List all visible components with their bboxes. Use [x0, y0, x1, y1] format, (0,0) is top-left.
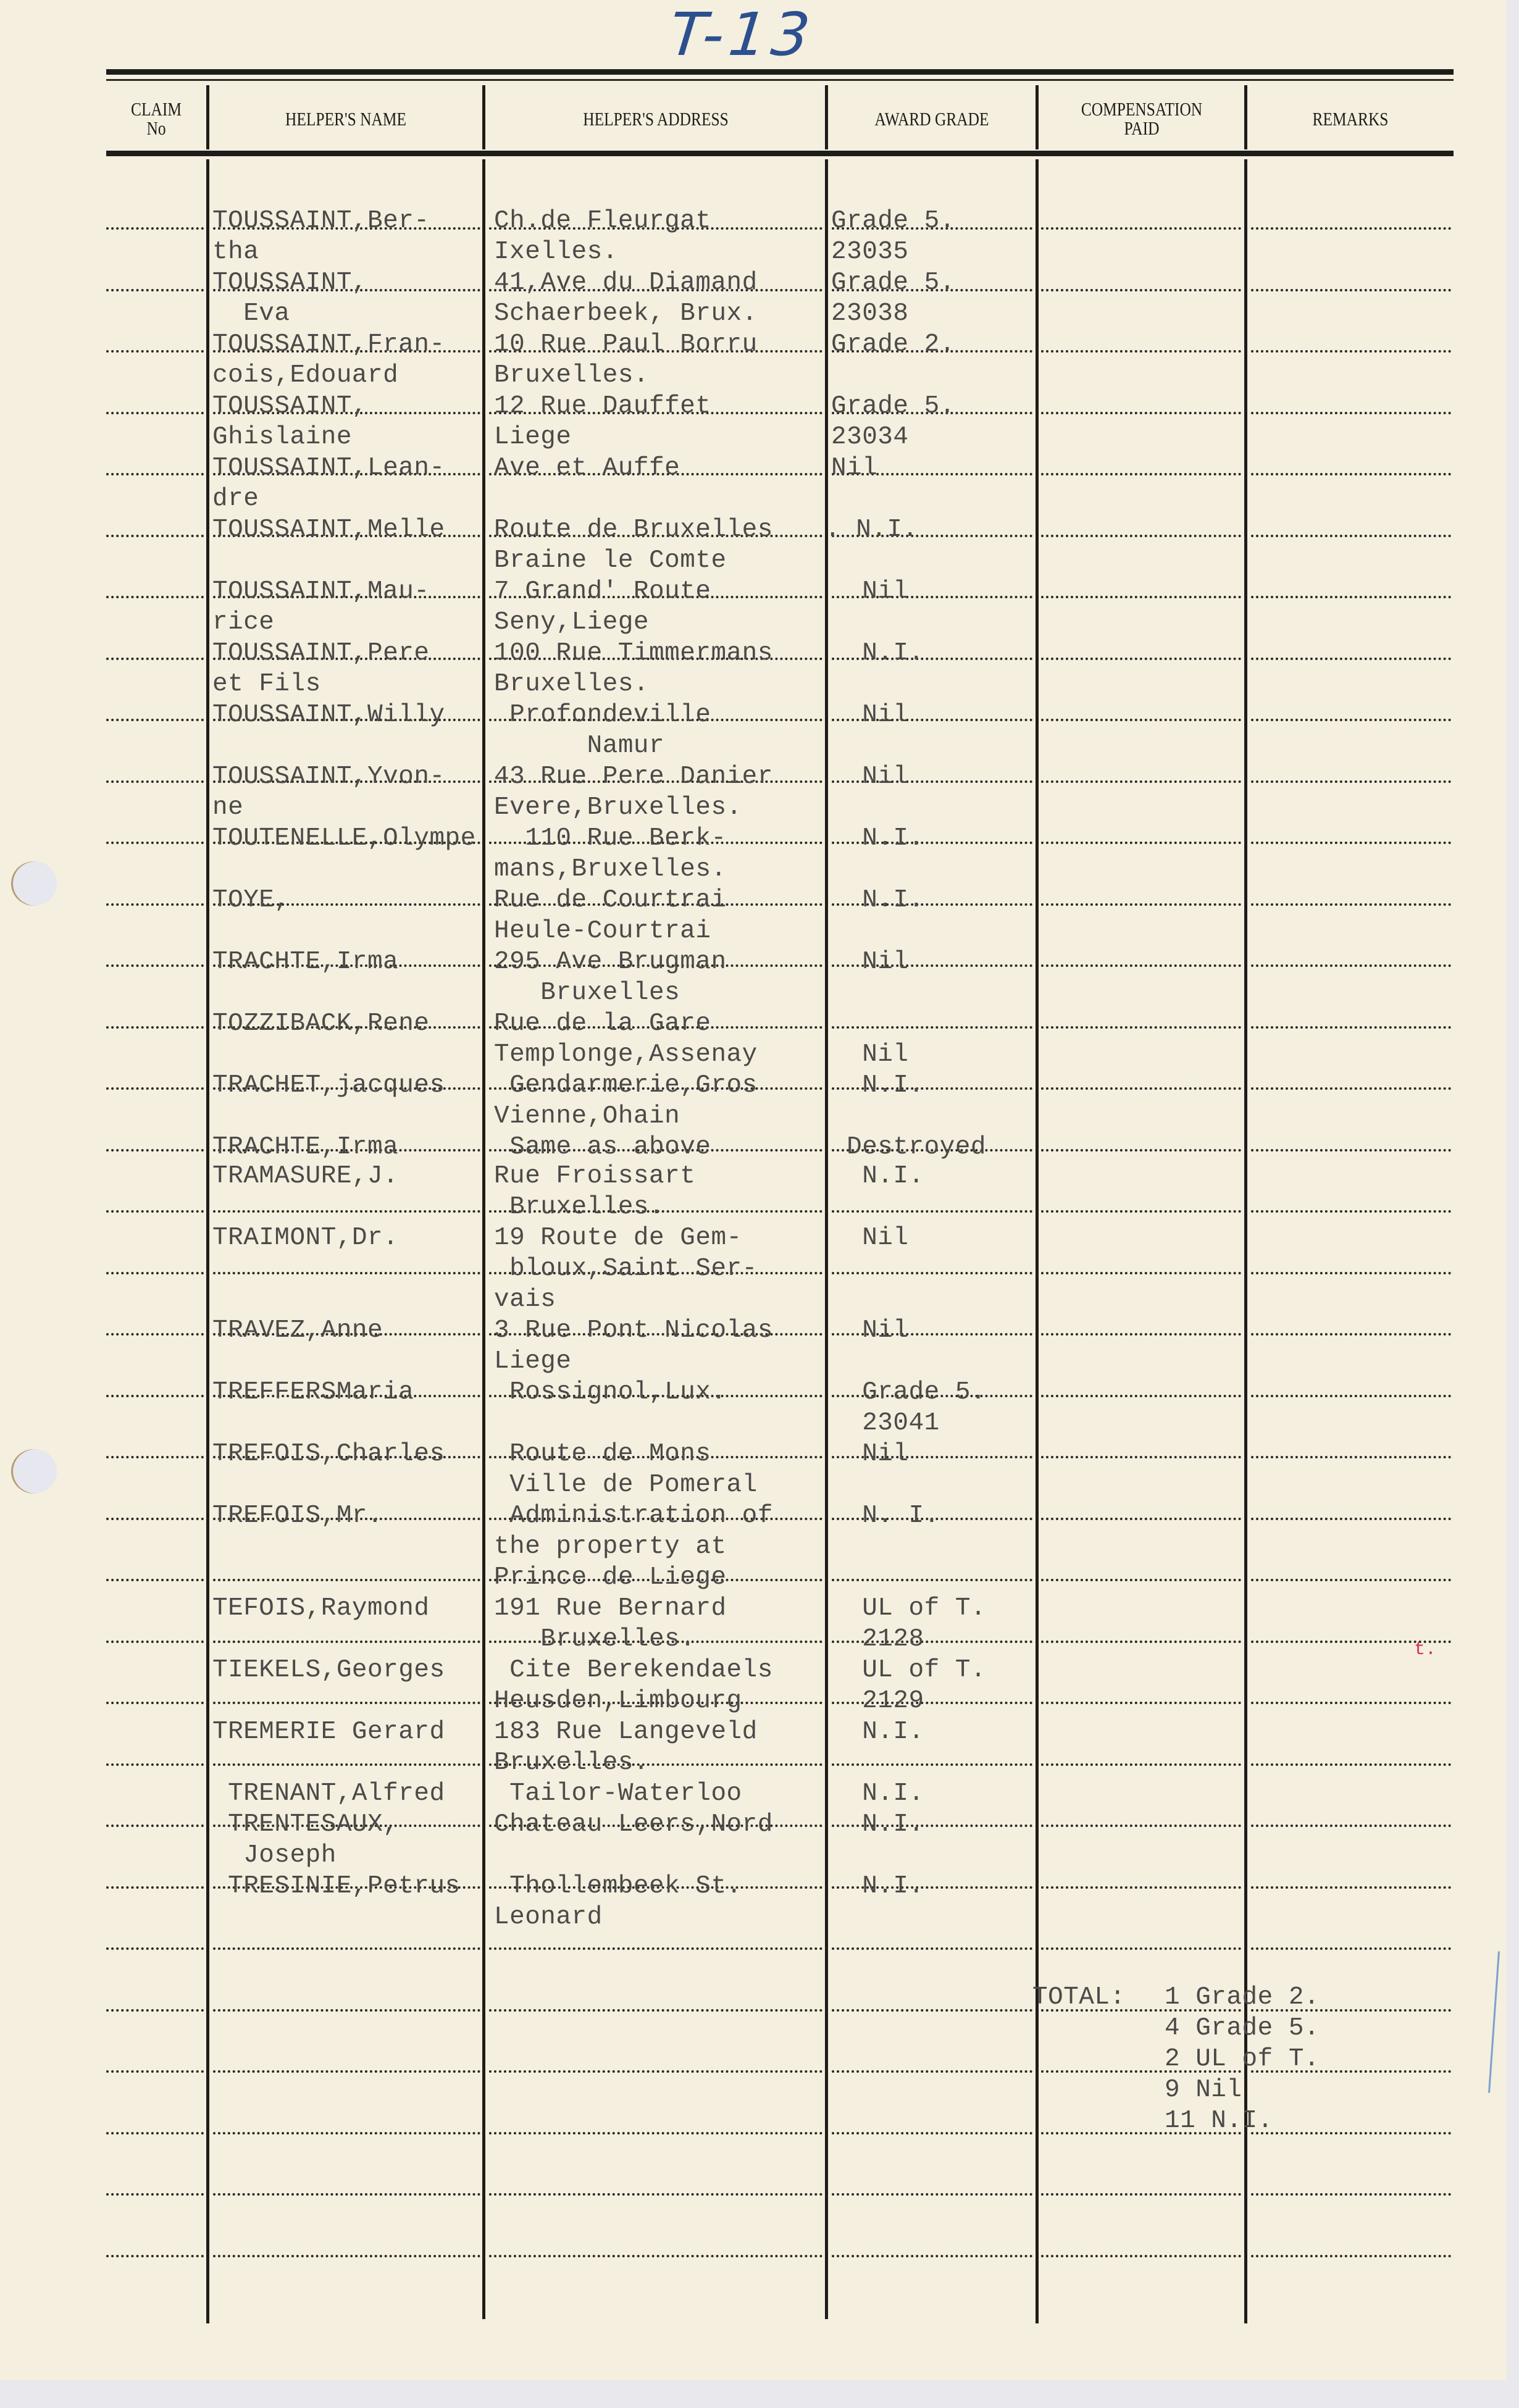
dotted-row-line — [1041, 1395, 1241, 1397]
helper-address: 110 Rue Berk- mans,Bruxelles. — [494, 823, 727, 885]
dotted-row-line — [106, 1456, 204, 1458]
form-sheet: T-13 CLAIMNo HELPER'S NAME HELPER'S ADDR… — [0, 0, 1507, 2380]
helper-name: TOYE, — [212, 885, 290, 916]
helper-name: TREFOIS,Charles — [212, 1439, 445, 1469]
header-thin-rule — [106, 79, 1454, 81]
helper-name: TRACHTE,Irma — [212, 947, 398, 977]
helper-address: Tailor-Waterloo — [494, 1778, 742, 1809]
dotted-row-line — [1251, 1763, 1451, 1766]
helper-name: TREFOIS,Mr. — [212, 1500, 383, 1531]
award-grade: Destroyed — [831, 1132, 986, 1163]
column-divider — [482, 159, 485, 2319]
helper-name: TOUSSAINT,Ber- tha — [212, 206, 429, 267]
punch-hole — [11, 861, 57, 906]
dotted-row-line — [1251, 1272, 1451, 1274]
dotted-row-line — [1251, 1395, 1451, 1397]
dotted-row-line — [106, 1518, 204, 1520]
helper-name: TOUTENELLE,Olympe — [212, 823, 476, 854]
helper-name: TRESINIE,Petrus — [212, 1871, 461, 1902]
helper-address: 10 Rue Paul Borru Bruxelles. — [494, 329, 758, 391]
helper-name: TIEKELS,Georges — [212, 1655, 445, 1686]
helper-address: Administration of the property at Prince… — [494, 1500, 773, 1593]
column-divider — [825, 85, 828, 149]
dotted-row-line — [106, 596, 204, 598]
award-grade: Grade 5. 23041 — [831, 1377, 986, 1439]
header-claim-no: CLAIMNo — [115, 86, 198, 151]
dotted-row-line — [489, 2009, 822, 2012]
helper-name: TOUSSAINT,Pere et Fils — [212, 638, 429, 700]
dotted-row-line — [106, 1579, 204, 1581]
dotted-row-line — [213, 2070, 480, 2073]
dotted-row-line — [489, 2070, 822, 2073]
award-grade: Nil — [831, 1439, 909, 1469]
award-grade: N.I. — [831, 638, 924, 669]
dotted-row-line — [106, 2255, 204, 2257]
dotted-row-line — [1251, 596, 1451, 598]
dotted-row-line — [106, 412, 204, 414]
helper-name: TRENTESAUX, Joseph — [212, 1809, 398, 1871]
column-divider — [1036, 85, 1039, 149]
dotted-row-line — [832, 1947, 1032, 1950]
helper-address: Rue Froissart Bruxelles. — [494, 1161, 695, 1223]
handwritten-title: T-13 — [666, 0, 818, 69]
dotted-row-line — [106, 1272, 204, 1274]
header-award-grade: AWARD GRADE — [847, 86, 1016, 151]
dotted-row-line — [213, 2193, 480, 2196]
column-divider — [206, 159, 209, 2323]
dotted-row-line — [1041, 289, 1241, 291]
dotted-row-line — [489, 2255, 822, 2257]
dotted-row-line — [1251, 1333, 1451, 1336]
award-grade: N.I. — [831, 1070, 924, 1101]
dotted-row-line — [489, 2193, 822, 2196]
dotted-row-line — [106, 1210, 204, 1213]
helper-name: TOUSSAINT,Willy — [212, 700, 445, 730]
helper-name: TRACHET,jacques — [212, 1070, 445, 1101]
dotted-row-line — [1041, 719, 1241, 721]
dotted-row-line — [106, 2132, 204, 2134]
dotted-row-line — [106, 842, 204, 844]
helper-address: Gendarmerie,Gros Vienne,Ohain — [494, 1070, 758, 1132]
dotted-row-line — [489, 2132, 822, 2134]
header-helpers-address: HELPER'S ADDRESS — [517, 86, 794, 151]
dotted-row-line — [106, 780, 204, 783]
dotted-row-line — [1251, 535, 1451, 537]
dotted-row-line — [832, 2132, 1032, 2134]
dotted-row-line — [1041, 1518, 1241, 1520]
helper-address: Chateau Leers,Nord — [494, 1809, 773, 1840]
dotted-row-line — [213, 2132, 480, 2134]
dotted-row-line — [106, 1149, 204, 1152]
helper-name: TEFOIS,Raymond — [212, 1593, 429, 1624]
helper-name: TOUSSAINT,Yvon- ne — [212, 761, 445, 823]
dotted-row-line — [1041, 350, 1241, 353]
helper-name: TREFFERSMaria — [212, 1377, 414, 1408]
award-grade: N.I. — [831, 1809, 924, 1840]
dotted-row-line — [1041, 1947, 1241, 1950]
helper-address: 295 Ave Brugman Bruxelles — [494, 947, 727, 1008]
award-grade: Nil — [831, 947, 909, 977]
award-grade: Nil — [831, 453, 877, 483]
dotted-row-line — [106, 1026, 204, 1029]
helper-address: Cite Berekendaels Heusden,Limbourg — [494, 1655, 773, 1716]
helper-address: Rossignol,Lux. — [494, 1377, 727, 1408]
helper-name: TRACHTE,Irma — [212, 1132, 398, 1163]
dotted-row-line — [1251, 412, 1451, 414]
dotted-row-line — [1041, 1579, 1241, 1581]
award-grade: Nil — [831, 1008, 909, 1070]
dotted-row-line — [1041, 412, 1241, 414]
header-bottom-rule — [106, 151, 1454, 156]
red-ink-mark: t. — [1414, 1639, 1436, 1660]
award-grade: Grade 2. — [831, 329, 955, 360]
dotted-row-line — [1041, 473, 1241, 475]
dotted-row-line — [1251, 2193, 1451, 2196]
helper-address: 7 Grand' Route Seny,Liege — [494, 576, 711, 638]
dotted-row-line — [106, 658, 204, 660]
helper-address: Same as above — [494, 1132, 711, 1163]
dotted-row-line — [106, 1395, 204, 1397]
award-grade: UL of T. 2128 — [831, 1593, 986, 1655]
dotted-row-line — [106, 1886, 204, 1889]
helper-address: Profondeville Namur — [494, 700, 711, 761]
header-compensation-paid: COMPENSATIONPAID — [1058, 86, 1226, 151]
totals-list: 1 Grade 2. 4 Grade 5. 2 UL of T. 9 Nil 1… — [1165, 1982, 1320, 2136]
helper-name: TOUSSAINT, Ghislaine — [212, 391, 367, 453]
dotted-row-line — [1041, 227, 1241, 230]
dotted-row-line — [1041, 1210, 1241, 1213]
pencil-mark — [1488, 1951, 1500, 2093]
dotted-row-line — [1251, 2255, 1451, 2257]
award-grade: Grade 5. 23034 — [831, 391, 955, 453]
dotted-row-line — [832, 2009, 1032, 2012]
helper-address: Thollembeek St. Leonard — [494, 1871, 742, 1933]
dotted-row-line — [106, 1333, 204, 1336]
dotted-row-line — [106, 1087, 204, 1090]
dotted-row-line — [1041, 780, 1241, 783]
dotted-row-line — [832, 1763, 1032, 1766]
dotted-row-line — [106, 1702, 204, 1704]
dotted-row-line — [1251, 1087, 1451, 1090]
award-grade: Nil — [831, 761, 909, 792]
award-grade: N.I. — [831, 1778, 924, 1809]
helper-address: 3 Rue Pont Nicolas Liege — [494, 1315, 773, 1377]
award-grade: . N.I. — [825, 514, 918, 545]
helper-address: Route de Bruxelles Braine le Comte — [494, 514, 773, 576]
helper-name: TREMERIE Gerard — [212, 1716, 445, 1747]
dotted-row-line — [1041, 842, 1241, 844]
award-grade: N.I. — [831, 885, 924, 916]
helper-address: 41,Ave du Diamand Schaerbeek, Brux. — [494, 267, 758, 329]
dotted-row-line — [1251, 1886, 1451, 1889]
dotted-row-line — [1251, 1579, 1451, 1581]
helper-name: TRAVEZ,Anne — [212, 1315, 383, 1346]
award-grade: Grade 5. 23038 — [831, 267, 955, 329]
dotted-row-line — [1041, 2255, 1241, 2257]
helper-address: 43 Rue Pere Danier Evere,Bruxelles. — [494, 761, 773, 823]
punch-hole — [11, 1449, 57, 1494]
helper-address: 191 Rue Bernard Bruxelles. — [494, 1593, 727, 1655]
dotted-row-line — [1041, 1087, 1241, 1090]
dotted-row-line — [213, 1763, 480, 1766]
dotted-row-line — [1251, 1702, 1451, 1704]
dotted-row-line — [213, 1947, 480, 1950]
dotted-row-line — [213, 2009, 480, 2012]
dotted-row-line — [106, 2193, 204, 2196]
helper-address: 12 Rue Dauffet Liege — [494, 391, 711, 453]
award-grade: Nil — [831, 1223, 909, 1253]
dotted-row-line — [1251, 1149, 1451, 1152]
dotted-row-line — [832, 2255, 1032, 2257]
column-divider — [1244, 85, 1247, 149]
award-grade: N.I. — [831, 1716, 924, 1747]
helper-address: 183 Rue Langeveld Bruxelles. — [494, 1716, 758, 1778]
dotted-row-line — [106, 535, 204, 537]
dotted-row-line — [1041, 1763, 1241, 1766]
column-divider — [206, 85, 209, 149]
helper-address: 100 Rue Timmermans Bruxelles. — [494, 638, 773, 700]
dotted-row-line — [106, 1641, 204, 1643]
dotted-row-line — [1041, 1333, 1241, 1336]
dotted-row-line — [106, 1947, 204, 1950]
dotted-row-line — [1041, 1149, 1241, 1152]
dotted-row-line — [1251, 1947, 1451, 1950]
helper-address: Rue de la Gare Templonge,Assenay — [494, 1008, 758, 1070]
dotted-row-line — [1041, 1641, 1241, 1643]
dotted-row-line — [1041, 1272, 1241, 1274]
dotted-row-line — [213, 2255, 480, 2257]
dotted-row-line — [106, 964, 204, 967]
helper-name: TOUSSAINT, Eva — [212, 267, 367, 329]
dotted-row-line — [1251, 1518, 1451, 1520]
dotted-row-line — [213, 1210, 480, 1213]
dotted-row-line — [1041, 2193, 1241, 2196]
dotted-row-line — [832, 1210, 1032, 1213]
dotted-row-line — [106, 719, 204, 721]
dotted-row-line — [832, 1272, 1032, 1274]
column-divider — [825, 159, 828, 2319]
dotted-row-line — [1041, 1456, 1241, 1458]
dotted-row-line — [106, 350, 204, 353]
helper-name: TOUSSAINT,Lean- dre — [212, 453, 445, 514]
header-remarks: REMARKS — [1267, 86, 1434, 151]
dotted-row-line — [1251, 289, 1451, 291]
helper-address: Ave et Auffe — [494, 453, 680, 483]
dotted-row-line — [213, 1272, 480, 1274]
award-grade: N.I. — [831, 1871, 924, 1902]
dotted-row-line — [106, 1825, 204, 1827]
dotted-row-line — [832, 2193, 1032, 2196]
dotted-row-line — [1251, 780, 1451, 783]
dotted-row-line — [106, 227, 204, 230]
award-grade: Grade 5. 23035 — [831, 206, 955, 267]
totals-label: TOTAL: — [1032, 1982, 1126, 2013]
award-grade: Nil — [831, 700, 909, 730]
dotted-row-line — [1041, 658, 1241, 660]
dotted-row-line — [1251, 964, 1451, 967]
helper-address: Rue de Courtrai Heule-Courtrai — [494, 885, 727, 947]
dotted-row-line — [1041, 535, 1241, 537]
column-divider — [482, 85, 485, 149]
helper-address: 19 Route de Gem- bloux,Saint Ser- vais — [494, 1223, 758, 1315]
dotted-row-line — [106, 289, 204, 291]
header-helpers-name: HELPER'S NAME — [235, 86, 458, 151]
helper-name: TOUSSAINT,Mau- rice — [212, 576, 429, 638]
dotted-row-line — [106, 2070, 204, 2073]
dotted-row-line — [106, 903, 204, 906]
helper-address: Ch.de Fleurgat Ixelles. — [494, 206, 711, 267]
dotted-row-line — [213, 1579, 480, 1581]
dotted-row-line — [832, 1579, 1032, 1581]
award-grade: Nil — [831, 576, 909, 607]
dotted-row-line — [1251, 1210, 1451, 1213]
dotted-row-line — [1251, 1026, 1451, 1029]
helper-address: Route de Mons Ville de Pomeral — [494, 1439, 758, 1500]
dotted-row-line — [1251, 350, 1451, 353]
dotted-row-line — [1251, 903, 1451, 906]
dotted-row-line — [1041, 964, 1241, 967]
helper-name: TRENANT,Alfred — [212, 1778, 445, 1809]
award-grade: N.I. — [831, 1161, 924, 1192]
dotted-row-line — [1041, 1702, 1241, 1704]
award-grade: UL of T. 2129 — [831, 1655, 986, 1716]
dotted-row-line — [1251, 658, 1451, 660]
dotted-row-line — [213, 1702, 480, 1704]
dotted-row-line — [1251, 719, 1451, 721]
dotted-row-line — [1251, 227, 1451, 230]
header-top-rule — [106, 69, 1454, 75]
dotted-row-line — [213, 1641, 480, 1643]
dotted-row-line — [1251, 473, 1451, 475]
dotted-row-line — [106, 2009, 204, 2012]
dotted-row-line — [106, 1763, 204, 1766]
dotted-row-line — [1041, 903, 1241, 906]
dotted-row-line — [489, 1947, 822, 1950]
helper-name: TRAIMONT,Dr. — [212, 1223, 398, 1253]
helper-name: TRAMASURE,J. — [212, 1161, 398, 1192]
dotted-row-line — [106, 473, 204, 475]
dotted-row-line — [1041, 1026, 1241, 1029]
award-grade: Nil — [831, 1315, 909, 1346]
dotted-row-line — [1251, 1456, 1451, 1458]
dotted-row-line — [832, 2070, 1032, 2073]
helper-name: TOUSSAINT,Fran- cois,Edouard — [212, 329, 445, 391]
award-grade: N. I. — [831, 1500, 940, 1531]
dotted-row-line — [1041, 1886, 1241, 1889]
dotted-row-line — [1251, 1825, 1451, 1827]
helper-name: TOZZIBACK,Rene — [212, 1008, 429, 1039]
award-grade: N.I. — [831, 823, 924, 854]
dotted-row-line — [1251, 842, 1451, 844]
dotted-row-line — [1041, 596, 1241, 598]
helper-name: TOUSSAINT,Melle — [212, 514, 445, 545]
dotted-row-line — [1041, 1825, 1241, 1827]
